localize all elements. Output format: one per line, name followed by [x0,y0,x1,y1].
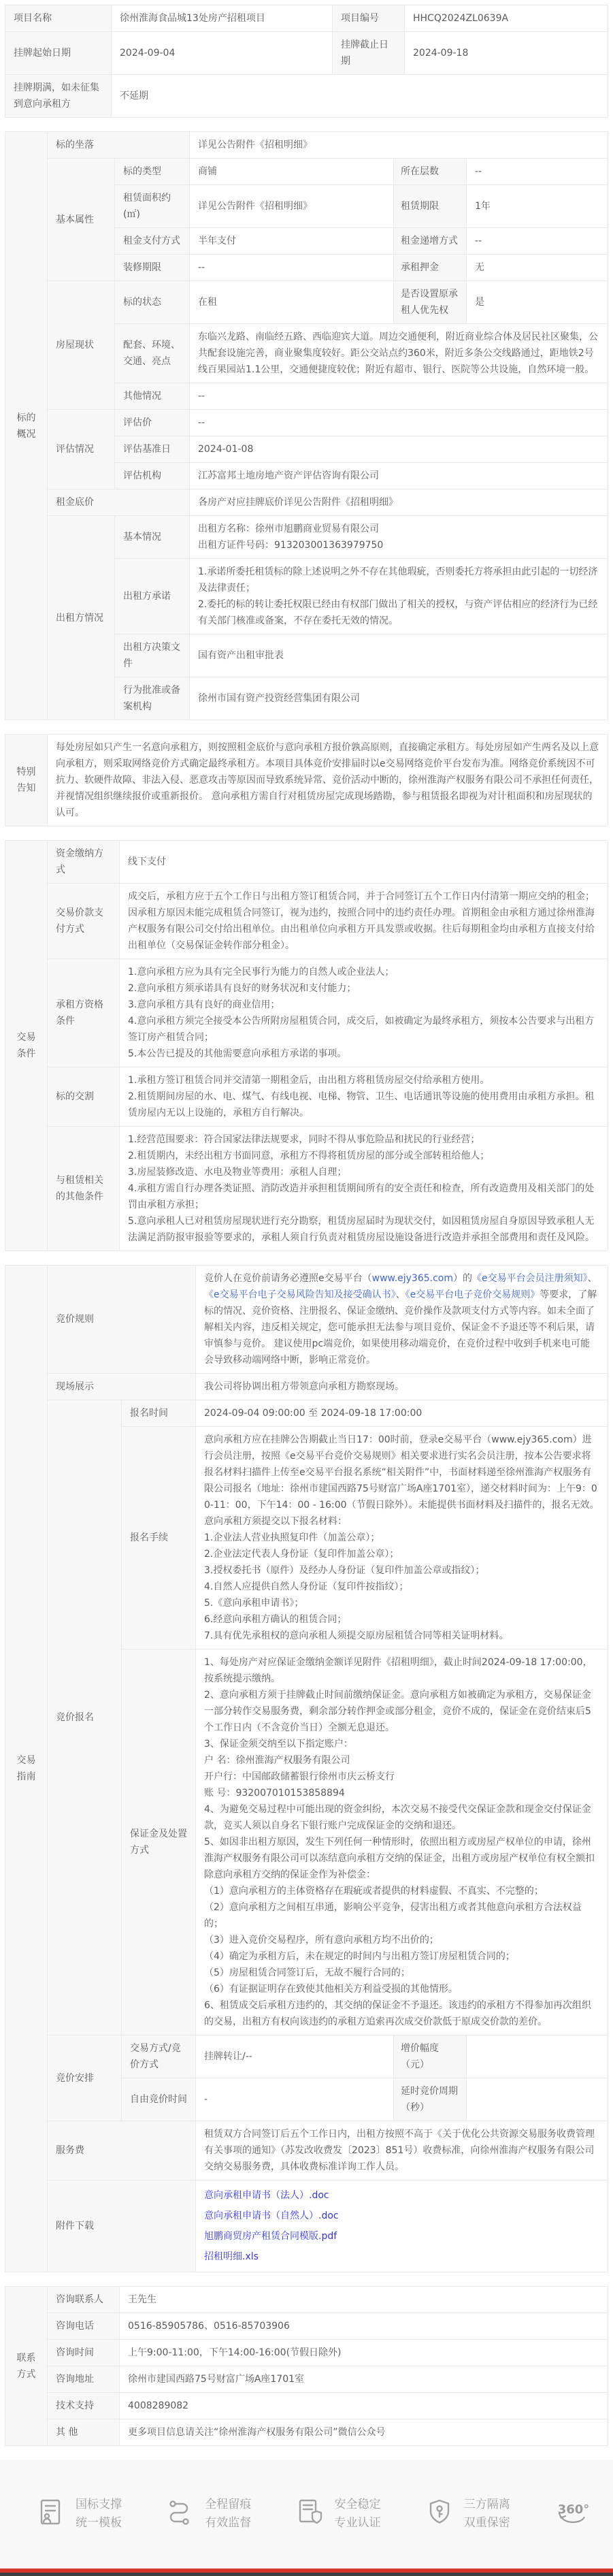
other-status-label: 其他情况 [115,383,190,410]
floor-price-value: 各房产对应挂牌底价详见公告附件《招租明细》 [190,489,608,516]
free-bid-time-value: - [196,2078,394,2121]
contact-phone-label: 咨询电话 [48,2313,120,2340]
term-value: 1年 [467,185,608,228]
lessor-doc-label: 出租方决策文件 [115,634,190,677]
project-code-value: HHCQ2024ZL0639A [405,5,608,32]
table-row: 标的交割 1.承租方签订租赁合同并交清第一期租金后，由出租方将租赁房屋交付给承租… [5,1067,608,1127]
doc-template-icon [35,2497,67,2531]
lessor-approve-value: 徐州市国有资产投资经营集团有限公司 [190,677,608,720]
eval-price-label: 评估价 [115,410,190,436]
lease-other-value: 1.经营范围要求：符合国家法律法规要求，同时不得从事危险品和扰民的行业经营； 2… [120,1127,608,1251]
contact-person-label: 咨询联系人 [48,2287,120,2313]
priority-value: 是 [467,281,608,324]
trace-route-icon [165,2497,196,2531]
fund-method-label: 资金缴纳方式 [48,841,120,884]
overview-table: 标的 概况 标的坐落 详见公告附件《招租明细》 基本属性 标的类型 商铺 所在层… [5,131,608,720]
rent-increase-label: 租金递增方式 [394,228,467,255]
increment-value [467,2035,608,2078]
expire-policy-label: 挂牌期满，如未征集到意向承租方 [5,75,112,118]
rotate-360-icon: 360° [553,2496,593,2532]
service-fee-value: 租赁双方合同签订后五个工作日内，出租方按照不高于《关于优化公共资源交易服务收费管… [196,2121,608,2180]
service-fee-label: 服务费 [48,2121,196,2180]
trade-mode-value: 挂牌转让/-- [196,2035,394,2078]
badge-360-text: 360° [558,2502,590,2517]
eval-date-value: 2024-01-08 [190,436,608,463]
other-status-value: -- [190,383,608,410]
inline-link[interactable]: 《e交易平台电子竞价交易规则》 [405,1289,540,1300]
basic-attr-label: 基本属性 [48,159,115,281]
table-row: 附件下载 意向承租申请书（法人）.doc意向承租申请书（自然人）.doc旭鹏商贸… [5,2180,608,2272]
feature-footer: 国标支撑统一模板 全程留痕有效监督 安全稳定专业认证 [0,2460,613,2569]
tech-support-value: 4008289082 [120,2393,608,2419]
attachment-link[interactable]: 旭鹏商贸房产租赁合同模版.pdf [204,2226,599,2247]
contact-table: 联系 方式 咨询联系人 王先生 咨询电话 0516-85905786、0516-… [5,2286,608,2446]
table-row: 评估情况 评估价 -- [5,410,608,436]
deposit-value: 无 [467,255,608,281]
contact-person-value: 王先生 [120,2287,608,2313]
eval-price-value: -- [190,410,608,436]
feature-text: 安全稳定专业认证 [335,2496,381,2532]
table-row: 租金底价 各房产对应挂牌底价详见公告附件《招租明细》 [5,489,608,516]
table-row: 出租方情况 基本情况 出租方名称：徐州市旭鹏商业贸易有限公司 出租方证件号码：9… [5,516,608,559]
location-label: 标的坐落 [48,132,190,159]
signup-time-value: 2024-09-04 09:00:00 至 2024-09-18 17:00:0… [196,1400,608,1427]
table-row: 技术支持 4008289082 [5,2393,608,2419]
expire-policy-value: 不延期 [112,75,608,118]
payment-label: 交易价款支付方式 [48,884,120,959]
contact-time-value: 上午9:00-11:00，下午14:00-16:00(节假日除外) [120,2340,608,2366]
text-segment: ）的 [453,1273,472,1284]
lease-other-label: 与租赁相关的其他条件 [48,1127,120,1251]
qualification-value: 1.意向承租方应为具有完全民事行为能力的自然人或企业法人； 2.意向承租方须承诺… [120,959,608,1067]
contact-addr-label: 咨询地址 [48,2366,120,2393]
area-label: 租赁面积约(㎡) [115,185,190,228]
priority-label: 是否设置原承租人优先权 [394,281,467,324]
bid-rules-text: 竞价人在竞价前请务必遵照e交易平台（www.ejy365.com）的《e交易平台… [196,1266,608,1374]
rent-increase-value: -- [467,228,608,255]
table-row: 承租方资格条件 1.意向承租方应为具有完全民事行为能力的自然人或企业法人； 2.… [5,959,608,1067]
signup-group-label: 竞价报名 [48,1400,122,2035]
contact-other-label: 其 他 [48,2419,120,2446]
arrange-group-label: 竞价安排 [48,2035,122,2121]
table-row: 咨询地址 徐州市建国西路75号财富广场A座1701室 [5,2366,608,2393]
table-row: 现场展示 我公司将协调出租方带领意向承租方勘察现场。 [5,1374,608,1400]
feature-item: 安全稳定专业认证 [295,2496,381,2532]
signup-proc-value: 意向承租方应在挂牌公告期截止当日17：00时前，登录e交易平台（www.ejy3… [196,1427,608,1649]
table-row: 联系 方式 咨询联系人 王先生 [5,2287,608,2313]
decoration-value: -- [190,255,394,281]
attachment-link[interactable]: 意向承租申请书（自然人）.doc [204,2206,599,2226]
table-row: 特别 告知 每处房屋如只产生一名意向承租方，则按照租金底价与意向承租方报价孰高原… [5,735,608,826]
contact-other-value: 更多项目信息请关注“徐州淮海产权服务有限公司”微信公众号 [120,2419,608,2446]
badge-360: 360° [553,2496,593,2532]
secure-doc-icon [295,2497,326,2531]
attachment-link[interactable]: 招租明细.xls [204,2247,599,2267]
table-row: 挂牌起始日期 2024-09-04 挂牌截止日期 2024-09-18 [5,32,608,75]
table-row: 标的 概况 标的坐落 详见公告附件《招租明细》 [5,132,608,159]
eval-group-label: 评估情况 [48,410,115,489]
site-display-label: 现场展示 [48,1374,196,1400]
floor-price-label: 租金底价 [48,489,190,516]
table-row: 交易 指南 竞价规则 竞价人在竞价前请务必遵照e交易平台（www.ejy365.… [5,1266,608,1374]
table-row: 服务费 租赁双方合同签订后五个工作日内，出租方按照不高于《关于优化公共资源交易服… [5,2121,608,2180]
overview-group-label: 标的 概况 [5,132,48,720]
trade-mode-label: 交易方式/竞价方式 [122,2035,196,2078]
delay-cycle-value [467,2078,608,2121]
eval-org-label: 评估机构 [115,463,190,489]
rent-pay-value: 半年支付 [190,228,394,255]
tech-support-label: 技术支持 [48,2393,120,2419]
target-type-value: 商铺 [190,159,394,185]
deposit-label: 承租押金 [394,255,467,281]
table-row: 与租赁相关的其他条件 1.经营范围要求：符合国家法律法规要求，同时不得从事危险品… [5,1127,608,1251]
location-value: 详见公告附件《招租明细》 [190,132,608,159]
lessor-promise-label: 出租方承诺 [115,559,190,634]
deposit-disposal-label: 保证金及处置方式 [122,1649,196,2035]
table-row: 竞价报名 报名时间 2024-09-04 09:00:00 至 2024-09-… [5,1400,608,1427]
table-row: 基本属性 标的类型 商铺 所在层数 -- [5,159,608,185]
inline-link[interactable]: 《e交易平台会员注册须知》 [472,1273,588,1284]
lessor-approve-label: 行为批准或备案机构 [115,677,190,720]
table-row: 竞价安排 交易方式/竞价方式 挂牌转让/-- 增价幅度（元） [5,2035,608,2078]
target-status-label: 标的状态 [115,281,190,324]
feature-item: 三方隔离双重保密 [424,2496,510,2532]
attachments-label: 附件下载 [48,2180,196,2272]
table-row: 交易 条件 资金缴纳方式 线下支付 [5,841,608,884]
signup-proc-label: 报名手续 [122,1427,196,1649]
decoration-label: 装修期限 [115,255,190,281]
shield-key-icon [424,2497,455,2531]
eval-date-label: 评估基准日 [115,436,190,463]
table-row: 咨询时间 上午9:00-11:00，下午14:00-16:00(节假日除外) [5,2340,608,2366]
guide-group-label: 交易 指南 [5,1266,48,2272]
listing-start-value: 2024-09-04 [112,32,333,75]
eval-org-value: 江苏富邦土地房地产资产评估咨询有限公司 [190,463,608,489]
lessor-basic-label: 基本情况 [115,516,190,559]
project-name-value: 徐州淮海食品城13处房产招租项目 [112,5,333,32]
floor-label: 所在层数 [394,159,467,185]
footer-dark-bar [0,2573,613,2576]
project-code-label: 项目编号 [333,5,405,32]
text-segment: 、 [396,1289,405,1300]
floor-value: -- [467,159,608,185]
target-type-label: 标的类型 [115,159,190,185]
contact-group-label: 联系 方式 [5,2287,48,2446]
deal-conditions-table: 交易 条件 资金缴纳方式 线下支付 交易价款支付方式 成交后，承租方应于五个工作… [5,840,608,1251]
contact-phone-value: 0516-85905786、0516-85703906 [120,2313,608,2340]
text-segment: 等要求，了解标的情况、竞价资格、注册报名、保证金缴纳、竞价操作及款项支付方式等内… [204,1289,597,1366]
project-name-label: 项目名称 [5,5,112,32]
deposit-disposal-value: 1、每处房产对应保证金缴纳金额详见附件《招租明细》，截止时间2024-09-18… [196,1649,608,2035]
bid-rules-label: 竞价规则 [48,1266,196,1374]
lessor-promise-value: 1.承诺所委托租赁标的除上述说明之外不存在其他瑕疵，否则委托方将承担由此引起的一… [190,559,608,634]
feature-text: 全程留痕有效监督 [205,2496,251,2532]
delivery-value: 1.承租方签订租赁合同并交清第一期租金后，由出租方将租赁房屋交付给承租方使用。 … [120,1067,608,1127]
feature-text: 国标支撑统一模板 [76,2496,122,2532]
special-notice-table: 特别 告知 每处房屋如只产生一名意向承租方，则按照租金底价与意向承租方报价孰高原… [5,734,608,826]
rent-pay-label: 租金支付方式 [115,228,190,255]
deal-group-label: 交易 条件 [5,841,48,1251]
free-bid-time-label: 自由竞价时间 [122,2078,196,2121]
feature-item: 国标支撑统一模板 [35,2496,122,2532]
env-value: 东临兴龙路、南临经五路、西临迎宾大道。周边交通便利，附近商业综合体及居民社区聚集… [190,324,608,383]
house-status-group-label: 房屋现状 [48,281,115,410]
listing-end-value: 2024-09-18 [405,32,608,75]
delivery-label: 标的交割 [48,1067,120,1127]
attachments-list: 意向承租申请书（法人）.doc意向承租申请书（自然人）.doc旭鹏商贸房产租赁合… [196,2180,608,2272]
table-row: 交易价款支付方式 成交后，承租方应于五个工作日与出租方签订租赁合同，并于合同签订… [5,884,608,959]
payment-value: 成交后，承租方应于五个工作日与出租方签订租赁合同，并于合同签订五个工作日内付清第… [120,884,608,959]
feature-text: 三方隔离双重保密 [464,2496,510,2532]
target-status-value: 在租 [190,281,394,324]
text-segment: 、 [588,1273,597,1284]
table-row: 房屋现状 标的状态 在租 是否设置原承租人优先权 是 [5,281,608,324]
table-row: 其 他 更多项目信息请关注“徐州淮海产权服务有限公司”微信公众号 [5,2419,608,2446]
text-segment: 竞价人在竞价前请务必遵照e交易平台（ [204,1273,372,1284]
listing-end-label: 挂牌截止日期 [333,32,405,75]
listing-start-label: 挂牌起始日期 [5,32,112,75]
notice-text: 每处房屋如只产生一名意向承租方，则按照租金底价与意向承租方报价孰高原则，直接确定… [48,735,608,826]
page: 项目名称 徐州淮海食品城13处房产招租项目 项目编号 HHCQ2024ZL063… [0,0,613,2446]
lessor-group-label: 出租方情况 [48,516,115,720]
attachment-link[interactable]: 意向承租申请书（法人）.doc [204,2185,599,2206]
inline-link[interactable]: 《e交易平台电子交易风险告知及接受确认书》 [204,1289,396,1300]
site-display-value: 我公司将协调出租方带领意向承租方勘察现场。 [196,1374,608,1400]
lessor-basic-value: 出租方名称：徐州市旭鹏商业贸易有限公司 出租方证件号码：913203001363… [190,516,608,559]
env-label: 配套、环境、交通、亮点 [115,324,190,383]
project-info-table: 项目名称 徐州淮海食品城13处房产招租项目 项目编号 HHCQ2024ZL063… [5,5,608,118]
increment-label: 增价幅度（元） [394,2035,467,2078]
table-row: 挂牌期满，如未征集到意向承租方 不延期 [5,75,608,118]
table-row: 咨询电话 0516-85905786、0516-85703906 [5,2313,608,2340]
lessor-doc-value: 国有资产出租审批表 [190,634,608,677]
contact-addr-value: 徐州市建国西路75号财富广场A座1701室 [120,2366,608,2393]
feature-item: 全程留痕有效监督 [165,2496,251,2532]
trade-guide-table: 交易 指南 竞价规则 竞价人在竞价前请务必遵照e交易平台（www.ejy365.… [5,1265,608,2272]
inline-link[interactable]: www.ejy365.com [372,1273,453,1284]
notice-group-label: 特别 告知 [5,735,48,826]
term-label: 租赁期限 [394,185,467,228]
signup-time-label: 报名时间 [122,1400,196,1427]
contact-time-label: 咨询时间 [48,2340,120,2366]
table-row: 项目名称 徐州淮海食品城13处房产招租项目 项目编号 HHCQ2024ZL063… [5,5,608,32]
qualification-label: 承租方资格条件 [48,959,120,1067]
fund-method-value: 线下支付 [120,841,608,884]
area-value: 详见公告附件《招租明细》 [190,185,394,228]
delay-cycle-label: 延时竞价周期（秒） [394,2078,467,2121]
